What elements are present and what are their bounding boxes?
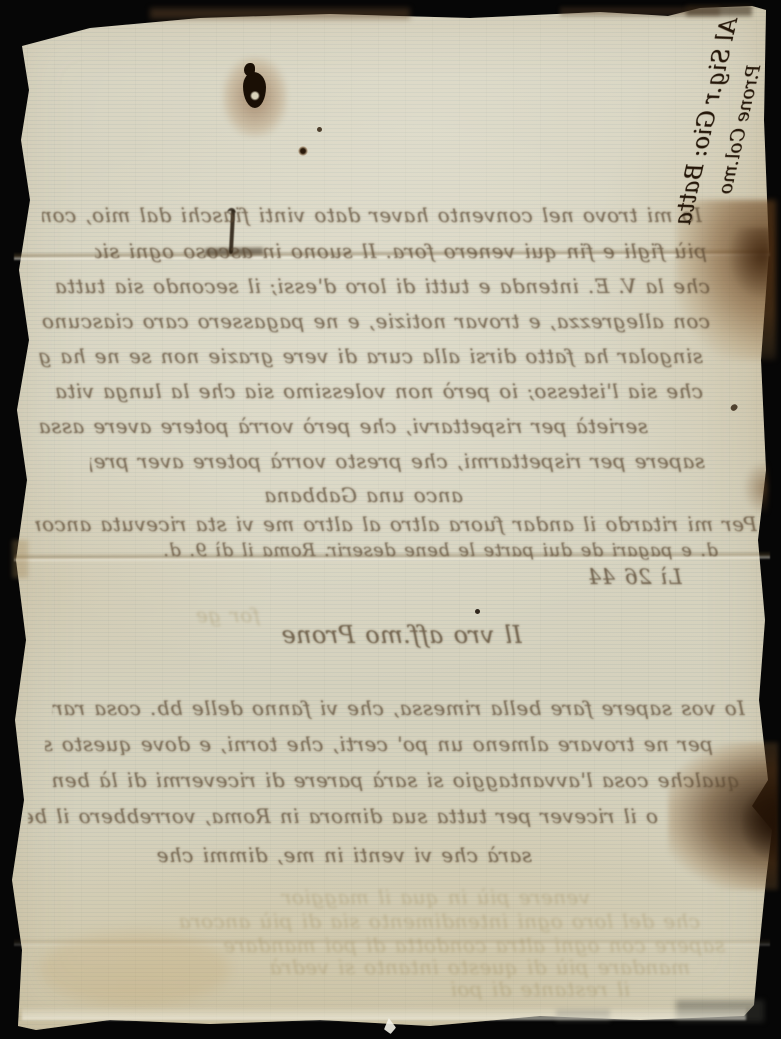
date-mark: Lì 26 44 xyxy=(532,562,682,594)
stain-right-middle xyxy=(744,462,768,514)
handwriting-line: che la V. E. intenda e tutti di loro d'e… xyxy=(55,271,710,303)
closing-line: Il vro aff.mo Prone xyxy=(264,620,522,658)
scanned-letter-page: Io mi trovo nel convento haver dato vint… xyxy=(0,0,781,1039)
deckle-edge-highlight xyxy=(22,1006,746,1020)
handwriting-line: per ne trovare almeno un po' certi, che … xyxy=(45,729,713,761)
handwriting-line: con allegrezza, e trovar notizie, e ne p… xyxy=(35,306,710,338)
handwriting-line: singolar ha fatto dirsi alla cura di ver… xyxy=(38,341,703,373)
handwriting-line: sarà che vi venti in me, dimmi che più c… xyxy=(150,840,532,872)
top-edge-smudge xyxy=(150,8,410,19)
handwriting-line: Io vos sapere fare bella rimessa, che vi… xyxy=(52,693,745,725)
handwriting-line: serietà per rispettarvi, che però vorrà … xyxy=(38,411,648,443)
ink-fleck xyxy=(475,609,480,614)
handwriting-line: qualche cosa l'avvantaggio si sarà parer… xyxy=(42,765,740,797)
ink-fleck xyxy=(298,146,308,156)
handwriting-line: sapere per rispettarmi, che presto vorrà… xyxy=(90,446,705,478)
handwriting-line: o il ricever per tutta sua dimora in Rom… xyxy=(28,801,658,833)
handwriting-line: anco una Gabbana per lui. xyxy=(258,480,463,512)
ghost-line: il restante di poi xyxy=(210,974,630,1006)
handwriting-line: che sia l'istesso; io però non volessimo… xyxy=(55,376,703,408)
handwriting-line: Io mi trovo nel convento haver dato vint… xyxy=(42,200,702,232)
stain-bottom-right-core xyxy=(742,786,776,860)
ghost-line: for ge xyxy=(80,600,260,632)
stain-left-edge xyxy=(12,540,28,578)
handwriting-line: più figli e fin qui venero fora. Il suon… xyxy=(95,236,707,268)
ink-fleck xyxy=(317,127,322,132)
